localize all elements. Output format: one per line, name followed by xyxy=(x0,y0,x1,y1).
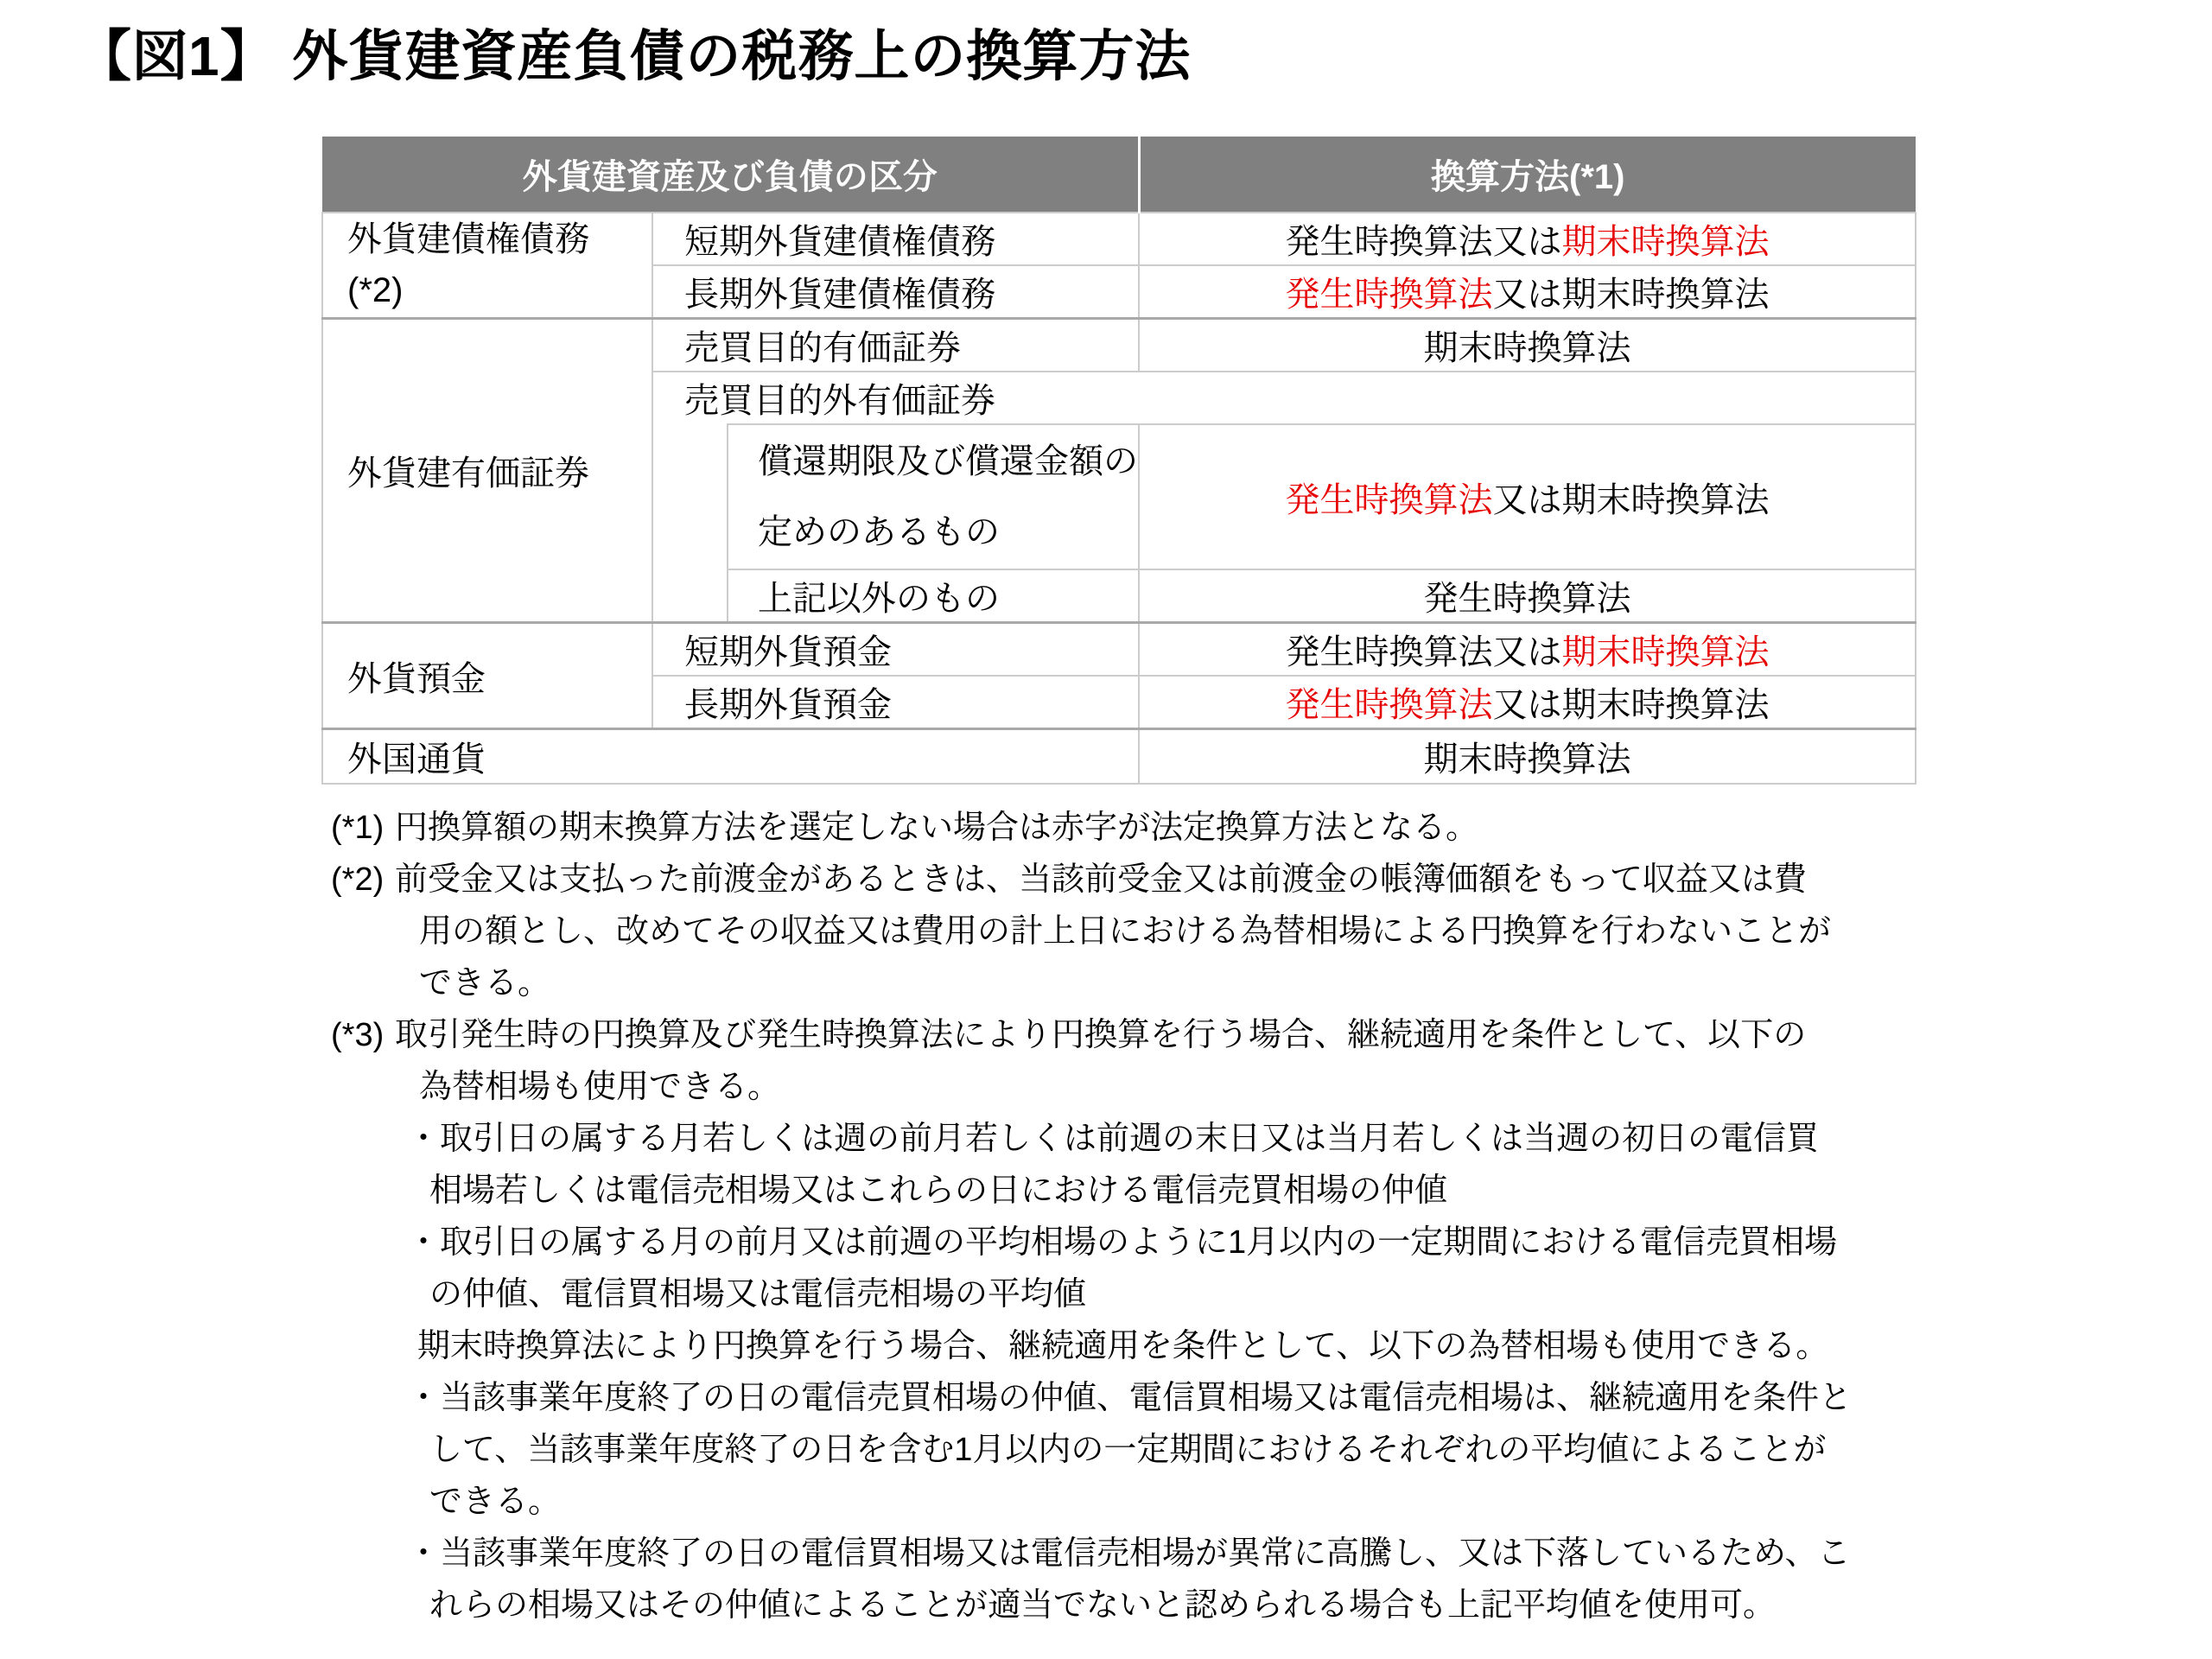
cell-short-term-receivables-method: 発生時換算法又は期末時換算法 xyxy=(1139,213,1916,265)
red-text: 発生時換算法 xyxy=(1286,686,1493,724)
footnote-3-line: 期末時換算法により円換算を行う場合、継続適用を条件として、以下の為替相場も使用で… xyxy=(331,1320,1852,1372)
footnote-2-line: できる。 xyxy=(331,957,1852,1009)
cell-short-term-deposits: 短期外貨預金 xyxy=(652,623,1139,677)
cell-foreign-currency-method: 期末時換算法 xyxy=(1139,729,1916,784)
footnote-3-line: れらの相場又はその仲値によることが適当でないと認められる場合も上記平均値を使用可… xyxy=(331,1580,1852,1631)
red-text: 発生時換算法 xyxy=(1286,276,1493,314)
footnote-3-bullet: ・取引日の属する月若しくは週の前月若しくは前週の末日又は当月若しくは当週の初日の… xyxy=(331,1113,1852,1165)
document-page: 【図1】 外貨建資産負債の税務上の換算方法 外貨建資産及び負債の区分 換算方法(… xyxy=(0,0,2212,1659)
cell-non-trading-securities: 売買目的外有価証券 xyxy=(652,372,1916,424)
footnote-2-line: 用の額とし、改めてその収益又は費用の計上日における為替相場による円換算を行わない… xyxy=(331,906,1852,957)
cell-short-term-receivables: 短期外貨建債権債務 xyxy=(652,213,1139,265)
footnote-marker: (*3) xyxy=(331,1009,384,1061)
cell-foreign-currency: 外国通貨 xyxy=(322,729,1139,784)
cell-securities-group: 外貨建有価証券 xyxy=(322,319,652,623)
cell-other-securities: 上記以外のもの xyxy=(728,569,1139,623)
footnote-3-bullet: ・取引日の属する月の前月又は前週の平均相場のように1月以内の一定期間における電信… xyxy=(331,1217,1852,1268)
cell-other-securities-method: 発生時換算法 xyxy=(1139,569,1916,623)
footnote-3: (*3)取引発生時の円換算及び発生時換算法により円換算を行う場合、継続適用を条件… xyxy=(331,1009,1852,1061)
header-method: 換算方法(*1) xyxy=(1139,137,1916,213)
red-text: 発生時換算法 xyxy=(1286,481,1493,519)
red-text: 期末時換算法 xyxy=(1562,223,1770,261)
cell-long-term-deposits: 長期外貨預金 xyxy=(652,676,1139,729)
footnote-3-line: 為替相場も使用できる。 xyxy=(331,1061,1852,1113)
footnote-marker: (*1) xyxy=(331,802,384,854)
table-row: 外貨建債権債務 (*2) 短期外貨建債権債務 発生時換算法又は期末時換算法 xyxy=(322,213,1916,265)
footnote-3-line: できる。 xyxy=(331,1476,1852,1528)
footnote-1: (*1)円換算額の期末換算方法を選定しない場合は赤字が法定換算方法となる。 xyxy=(331,802,1852,854)
figure-title: 【図1】 外貨建資産負債の税務上の換算方法 xyxy=(76,12,1191,92)
red-text: 期末時換算法 xyxy=(1562,633,1770,671)
cell-short-term-deposits-method: 発生時換算法又は期末時換算法 xyxy=(1139,623,1916,677)
cell-receivables-payables-group: 外貨建債権債務 (*2) xyxy=(322,213,652,319)
cell-long-term-receivables: 長期外貨建債権債務 xyxy=(652,265,1139,319)
table-row: 外国通貨 期末時換算法 xyxy=(322,729,1916,784)
cell-trading-securities-method: 期末時換算法 xyxy=(1139,319,1916,372)
footnote-marker: (*2) xyxy=(331,854,384,906)
cell-indent-spacer xyxy=(652,424,728,623)
cell-deposits-group: 外貨預金 xyxy=(322,623,652,729)
cell-redemption-defined-method: 発生時換算法又は期末時換算法 xyxy=(1139,424,1916,569)
footnote-3-line: 相場若しくは電信売相場又はこれらの日における電信売買相場の仲値 xyxy=(331,1165,1852,1217)
table-header-row: 外貨建資産及び負債の区分 換算方法(*1) xyxy=(322,137,1916,213)
footnote-3-line: して、当該事業年度終了の日を含む1月以内の一定期間におけるそれぞれの平均値による… xyxy=(331,1424,1852,1476)
cell-long-term-deposits-method: 発生時換算法又は期末時換算法 xyxy=(1139,676,1916,729)
table-row: 外貨預金 短期外貨預金 発生時換算法又は期末時換算法 xyxy=(322,623,1916,677)
footnote-3-bullet: ・当該事業年度終了の日の電信買相場又は電信売相場が異常に高騰し、又は下落している… xyxy=(331,1528,1852,1580)
footnote-2: (*2)前受金又は支払った前渡金があるときは、当該前受金又は前渡金の帳簿価額をも… xyxy=(331,854,1852,906)
cell-redemption-defined: 償還期限及び償還金額の 定めのあるもの xyxy=(728,424,1139,569)
table-row: 外貨建有価証券 売買目的有価証券 期末時換算法 xyxy=(322,319,1916,372)
conversion-method-table: 外貨建資産及び負債の区分 換算方法(*1) 外貨建債権債務 (*2) 短期外貨建… xyxy=(321,137,1916,785)
footnote-3-line: の仲値、電信買相場又は電信売相場の平均値 xyxy=(331,1268,1852,1320)
cell-trading-securities: 売買目的有価証券 xyxy=(652,319,1139,372)
header-classification: 外貨建資産及び負債の区分 xyxy=(322,137,1139,213)
cell-long-term-receivables-method: 発生時換算法又は期末時換算法 xyxy=(1139,265,1916,319)
footnote-3-bullet: ・当該事業年度終了の日の電信売買相場の仲値、電信買相場又は電信売相場は、継続適用… xyxy=(331,1372,1852,1424)
footnotes: (*1)円換算額の期末換算方法を選定しない場合は赤字が法定換算方法となる。 (*… xyxy=(331,802,1852,1631)
